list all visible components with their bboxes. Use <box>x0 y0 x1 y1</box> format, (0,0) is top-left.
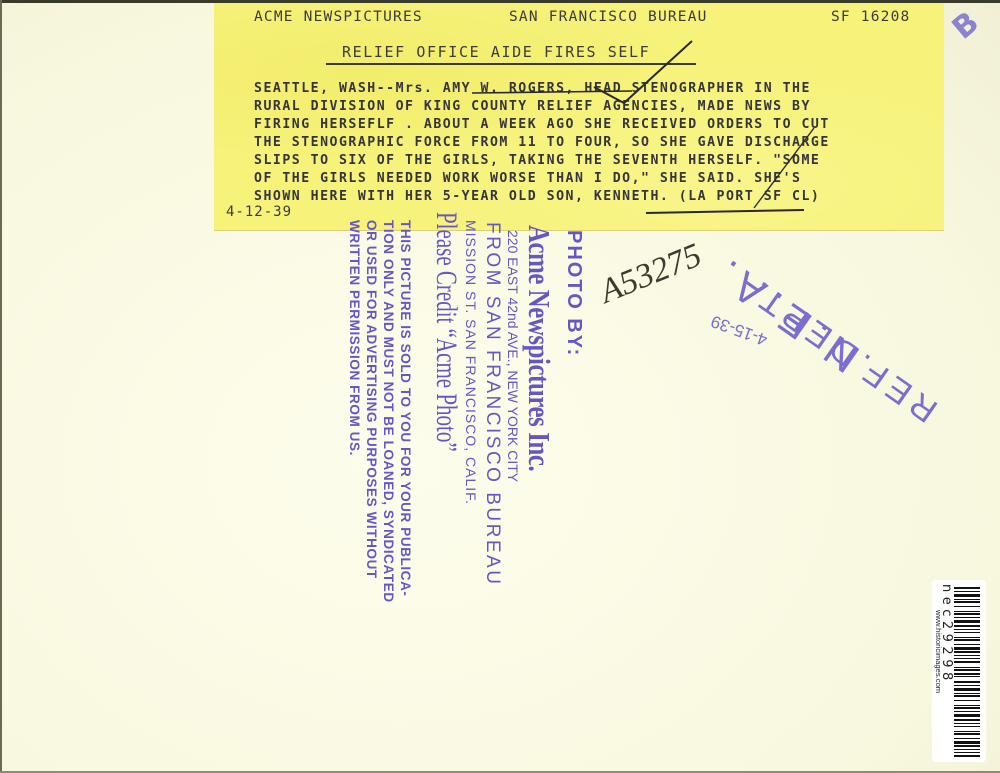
caption-line: SEATTLE, WASH--Mrs. AMY W. ROGERS, HEAD … <box>254 81 811 96</box>
caption-line: THE STENOGRAPHIC FORCE FROM 11 TO FOUR, … <box>254 135 830 150</box>
left-edge <box>0 0 2 773</box>
bureau-name: SAN FRANCISCO BUREAU <box>509 9 708 25</box>
headline-underline <box>326 63 696 65</box>
credit-stamp: PHOTO BY: Acme Newspictures Inc. 220 EAS… <box>335 230 585 560</box>
barcode-label: nec29298 www.historicimages.com <box>932 580 986 762</box>
sf-address: MISSION ST. SAN FRANCISCO, CALIF. <box>463 220 479 505</box>
sf-bureau: FROM SAN FRANCISCO BUREAU <box>481 222 503 586</box>
caption-line: SHOWN HERE WITH HER 5-YEAR OLD SON, KENN… <box>254 189 820 204</box>
barcode-url: www.historicimages.com <box>934 610 943 740</box>
company-name: Acme Newspictures Inc. <box>521 225 557 471</box>
fine-print-line: THIS PICTURE IS SOLD TO YOU FOR YOUR PUB… <box>398 220 413 597</box>
fine-print-line: WRITTEN PERMISSION FROM US. <box>347 220 362 456</box>
caption-date: 4-12-39 <box>226 204 292 220</box>
caption-line: OF THE GIRLS NEEDED WORK WORSE THAN I DO… <box>254 171 802 186</box>
headline: RELIEF OFFICE AIDE FIRES SELF <box>342 43 650 61</box>
caption-line: FIRING HERSEFLF . ABOUT A WEEK AGO SHE R… <box>254 117 830 132</box>
company-address: 220 EAST 42nd AVE., NEW YORK CITY <box>505 230 521 482</box>
fine-print-line: OR USED FOR ADVERTISING PURPOSES WITHOUT <box>364 220 379 579</box>
ref-dept-stamp: N.E.A. 4-15-39 REF.DEPT. <box>640 250 860 430</box>
barcode-code: nec29298 <box>944 584 954 758</box>
caption-line: RURAL DIVISION OF KING COUNTY RELIEF AGE… <box>254 99 811 114</box>
fine-print-line: TION ONLY AND MUST NOT BE LOANED, SYNDIC… <box>381 220 396 603</box>
credit-line: Please Credit “Acme Photo” <box>429 212 463 452</box>
photo-number: SF 16208 <box>831 9 910 25</box>
barcode-bars <box>954 587 980 757</box>
agency-name: ACME NEWSPICTURES <box>254 9 423 25</box>
caption-line: SLIPS TO SIX OF THE GIRLS, TAKING THE SE… <box>254 153 820 168</box>
photo-by-label: PHOTO BY: <box>562 230 585 357</box>
caption-slip: ACME NEWSPICTURES SAN FRANCISCO BUREAU S… <box>214 3 944 230</box>
